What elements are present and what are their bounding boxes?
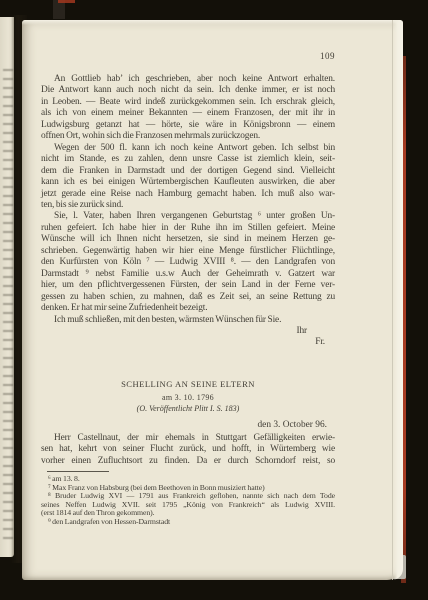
text-line: Ludwigsburg getanzt hat — hörte, sie wär… — [41, 120, 335, 131]
page-right-edge — [392, 20, 403, 580]
text-line: in Leoben. — Beate wird indeß zurückgeko… — [41, 97, 335, 108]
text-line: Wegen der 500 fl. kann ich noch keine An… — [41, 143, 335, 154]
text-line: denken. Er hat mir seine Zufriedenheit b… — [41, 303, 335, 314]
text-line: Wünsche will ich Ihnen nicht hersetzen, … — [41, 234, 335, 245]
heading-source: (O. Veröffentlicht Plitt I. S. 183) — [41, 404, 335, 414]
book-page: 109 An Gottlieb hab’ ich geschrieben, ab… — [22, 20, 403, 580]
signoff-fr: Fr. — [41, 337, 335, 348]
book-photo: 109 An Gottlieb hab’ ich geschrieben, ab… — [0, 0, 428, 600]
text-line: gessen zu haben schien, zu mahnen, daß e… — [41, 292, 335, 303]
heading-title: SCHELLING AN SEINE ELTERN — [41, 378, 335, 391]
heading-date: am 3. 10. 1796 — [41, 393, 335, 403]
signoff-ihr: Ihr — [41, 326, 335, 337]
text-line: nicht im Stande, es zu zahlen, denn unsr… — [41, 154, 335, 165]
text-line: Die Antwort kann auch noch nicht da sein… — [41, 85, 335, 96]
text-line: ruhen gefeiert. Ich habe hier in der Ruh… — [41, 223, 335, 234]
page-number: 109 — [320, 51, 335, 61]
letter-dateline: den 3. October 96. — [41, 419, 335, 432]
text-line: jetzt gerade eine Reise nach Hamburg gem… — [41, 189, 335, 200]
text-line: kann ich es bei einigen Würtembergischen… — [41, 177, 335, 188]
text-line: offnen Ort, wohin sich die Franzosen meh… — [41, 131, 335, 142]
footnote-line: ⁹ den Landgrafen von Hessen-Darmstadt — [41, 518, 335, 527]
text-line: dem die Franken in Darmstadt und der dor… — [41, 166, 335, 177]
text-block: 109 An Gottlieb hab’ ich geschrieben, ab… — [41, 20, 335, 580]
footnote-rule — [47, 471, 109, 472]
footnotes: ⁶ am 13. 8. ⁷ Max Franz von Habsburg (be… — [41, 475, 335, 527]
cover-top-sliver — [58, 0, 75, 3]
text-line: Herr Castellnaut, der mir ehemals in Stu… — [41, 433, 335, 444]
text-line: Darmstadt ⁹ nebst Familie u.s.w Auch der… — [41, 269, 335, 280]
text-line: Sie, l. Vater, haben Ihren vergangenen G… — [41, 211, 335, 222]
text-line: als ich von einem meiner Bekannten — ein… — [41, 108, 335, 119]
text-line: sen hat, kehrt von seiner Flucht zurück,… — [41, 444, 335, 455]
text-line: schrieben. Gegenwärtig haben wir hier ei… — [41, 246, 335, 257]
closing-line: Ich muß schließen, mit den besten, wärms… — [41, 315, 335, 326]
letter-heading: SCHELLING AN SEINE ELTERN am 3. 10. 1796… — [41, 378, 335, 414]
letter-body: An Gottlieb hab’ ich geschrieben, aber n… — [41, 74, 335, 349]
text-line: hier, um den pflichtvergessenen Fürsten,… — [41, 280, 335, 291]
text-line: An Gottlieb hab’ ich geschrieben, aber n… — [41, 74, 335, 85]
text-line: vorher einen Zufluchtsort zu finden. Da … — [41, 456, 335, 467]
text-line: den Kurfürsten von Köln ⁷ — Ludwig XVIII… — [41, 257, 335, 268]
text-line: ten, bis sie zurück sind. — [41, 200, 335, 211]
second-letter: den 3. October 96. Herr Castellnaut, der… — [41, 419, 335, 467]
